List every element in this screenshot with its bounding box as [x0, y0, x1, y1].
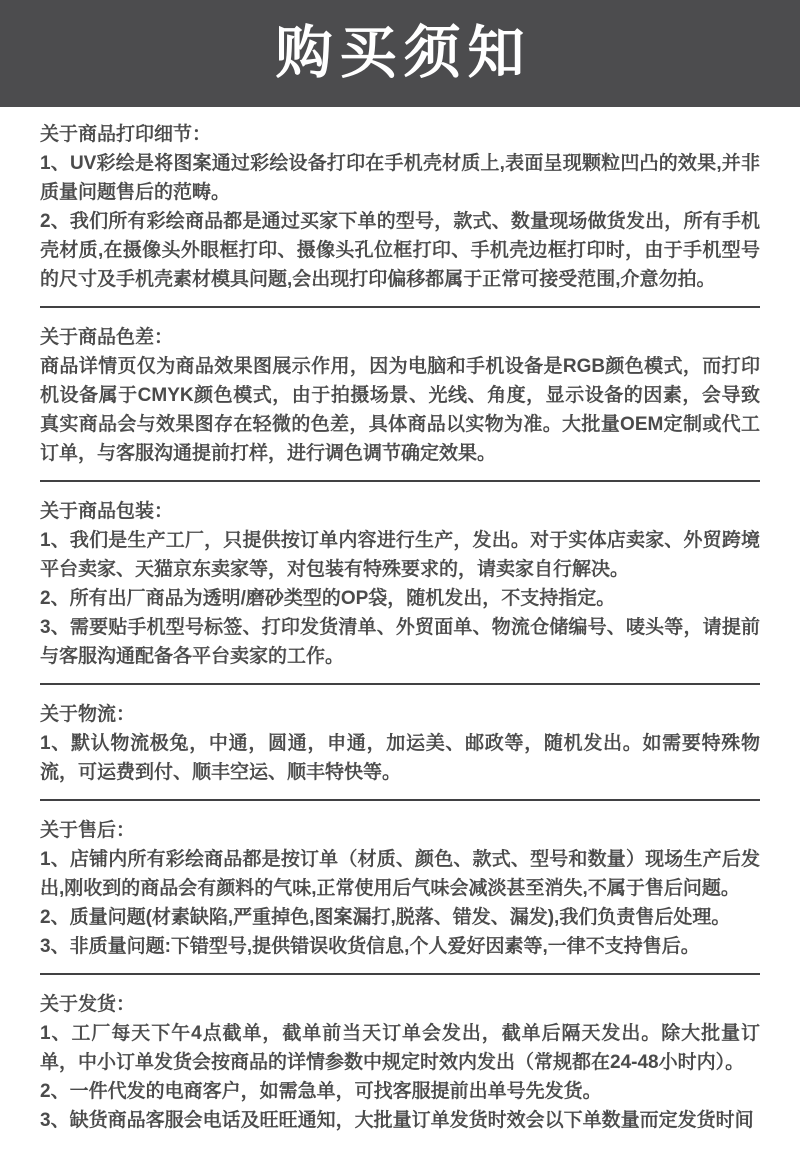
- section-heading: 关于物流：: [40, 700, 760, 729]
- section-divider: [40, 480, 760, 482]
- section-heading: 关于商品包装：: [40, 497, 760, 526]
- section-paragraph: 1、UV彩绘是将图案通过彩绘设备打印在手机壳材质上,表面呈现颗粒凹凸的效果,并非…: [40, 149, 760, 207]
- section-paragraph: 2、质量问题(材素缺陷,严重掉色,图案漏打,脱落、错发、漏发),我们负责售后处理…: [40, 903, 760, 932]
- section-logistics: 关于物流： 1、默认物流极兔，中通，圆通，申通，加运美、邮政等，随机发出。如需要…: [40, 700, 760, 787]
- section-paragraph: 3、需要贴手机型号标签、打印发货清单、外贸面单、物流仓储编号、唛头等，请提前与客…: [40, 613, 760, 671]
- section-color-difference: 关于商品色差： 商品详情页仅为商品效果图展示作用，因为电脑和手机设备是RGB颜色…: [40, 323, 760, 468]
- notice-content: 关于商品打印细节： 1、UV彩绘是将图案通过彩绘设备打印在手机壳材质上,表面呈现…: [0, 107, 800, 1135]
- section-paragraph: 1、店铺内所有彩绘商品都是按订单（材质、颜色、款式、型号和数量）现场生产后发出,…: [40, 845, 760, 903]
- section-divider: [40, 799, 760, 801]
- section-print-details: 关于商品打印细节： 1、UV彩绘是将图案通过彩绘设备打印在手机壳材质上,表面呈现…: [40, 120, 760, 294]
- section-divider: [40, 973, 760, 975]
- section-heading: 关于售后：: [40, 816, 760, 845]
- purchase-notice-banner: 购买须知: [0, 0, 800, 107]
- section-after-sales: 关于售后： 1、店铺内所有彩绘商品都是按订单（材质、颜色、款式、型号和数量）现场…: [40, 816, 760, 961]
- section-paragraph: 1、我们是生产工厂，只提供按订单内容进行生产，发出。对于实体店卖家、外贸跨境平台…: [40, 526, 760, 584]
- page-title: 购买须知: [269, 25, 532, 82]
- section-shipping: 关于发货： 1、工厂每天下午4点截单，截单前当天订单会发出，截单后隔天发出。除大…: [40, 990, 760, 1135]
- section-paragraph: 2、一件代发的电商客户，如需急单，可找客服提前出单号先发货。: [40, 1077, 760, 1106]
- section-paragraph: 商品详情页仅为商品效果图展示作用，因为电脑和手机设备是RGB颜色模式，而打印机设…: [40, 352, 760, 468]
- section-paragraph: 2、所有出厂商品为透明/磨砂类型的OP袋，随机发出，不支持指定。: [40, 584, 760, 613]
- section-heading: 关于发货：: [40, 990, 760, 1019]
- section-heading: 关于商品打印细节：: [40, 120, 760, 149]
- section-divider: [40, 306, 760, 308]
- section-paragraph: 2、我们所有彩绘商品都是通过买家下单的型号，款式、数量现场做货发出，所有手机壳材…: [40, 207, 760, 294]
- section-divider: [40, 683, 760, 685]
- section-paragraph: 3、非质量问题:下错型号,提供错误收货信息,个人爱好因素等,一律不支持售后。: [40, 932, 760, 961]
- section-paragraph: 1、默认物流极兔，中通，圆通，申通，加运美、邮政等，随机发出。如需要特殊物流，可…: [40, 729, 760, 787]
- section-paragraph: 1、工厂每天下午4点截单，截单前当天订单会发出，截单后隔天发出。除大批量订单，中…: [40, 1019, 760, 1077]
- section-heading: 关于商品色差：: [40, 323, 760, 352]
- section-packaging: 关于商品包装： 1、我们是生产工厂，只提供按订单内容进行生产，发出。对于实体店卖…: [40, 497, 760, 671]
- section-paragraph: 3、缺货商品客服会电话及旺旺通知，大批量订单发货时效会以下单数量而定发货时间: [40, 1106, 760, 1135]
